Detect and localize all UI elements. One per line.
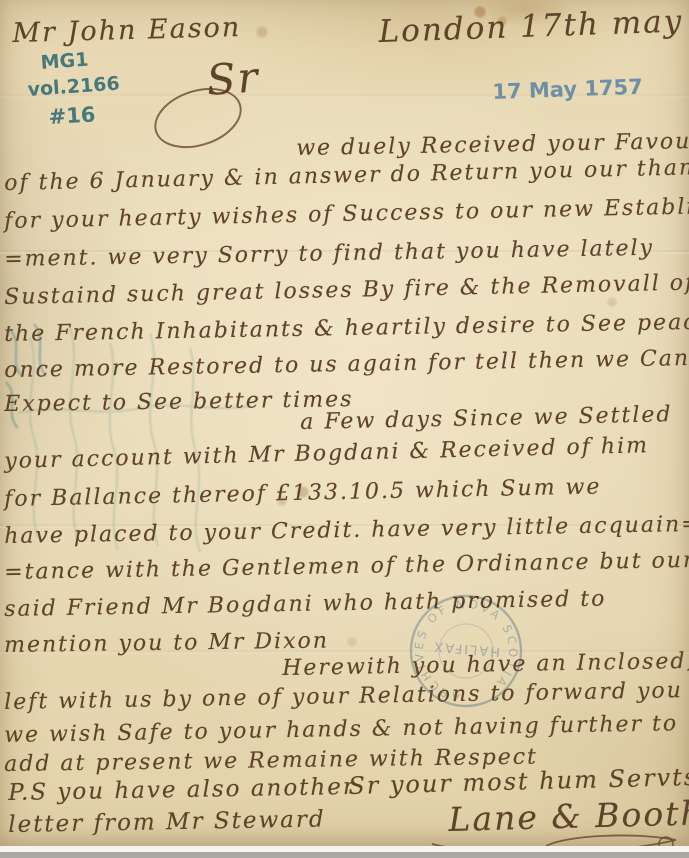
salutation: Sr — [205, 52, 261, 105]
postscript-line2: letter from Mr Steward — [8, 806, 326, 838]
para2-line7: mention you to Mr Dixon — [4, 628, 329, 658]
recipient-name: Mr John Eason — [12, 12, 242, 49]
archival-note-fonds: MG1 — [40, 49, 89, 74]
scan-background-edge — [0, 852, 689, 858]
archival-note-item: #16 — [48, 103, 96, 129]
letter-scan: Mr John Eason MG1 vol.2166 #16 London 17… — [0, 0, 689, 858]
signature: Lane & Booth — [448, 793, 689, 839]
